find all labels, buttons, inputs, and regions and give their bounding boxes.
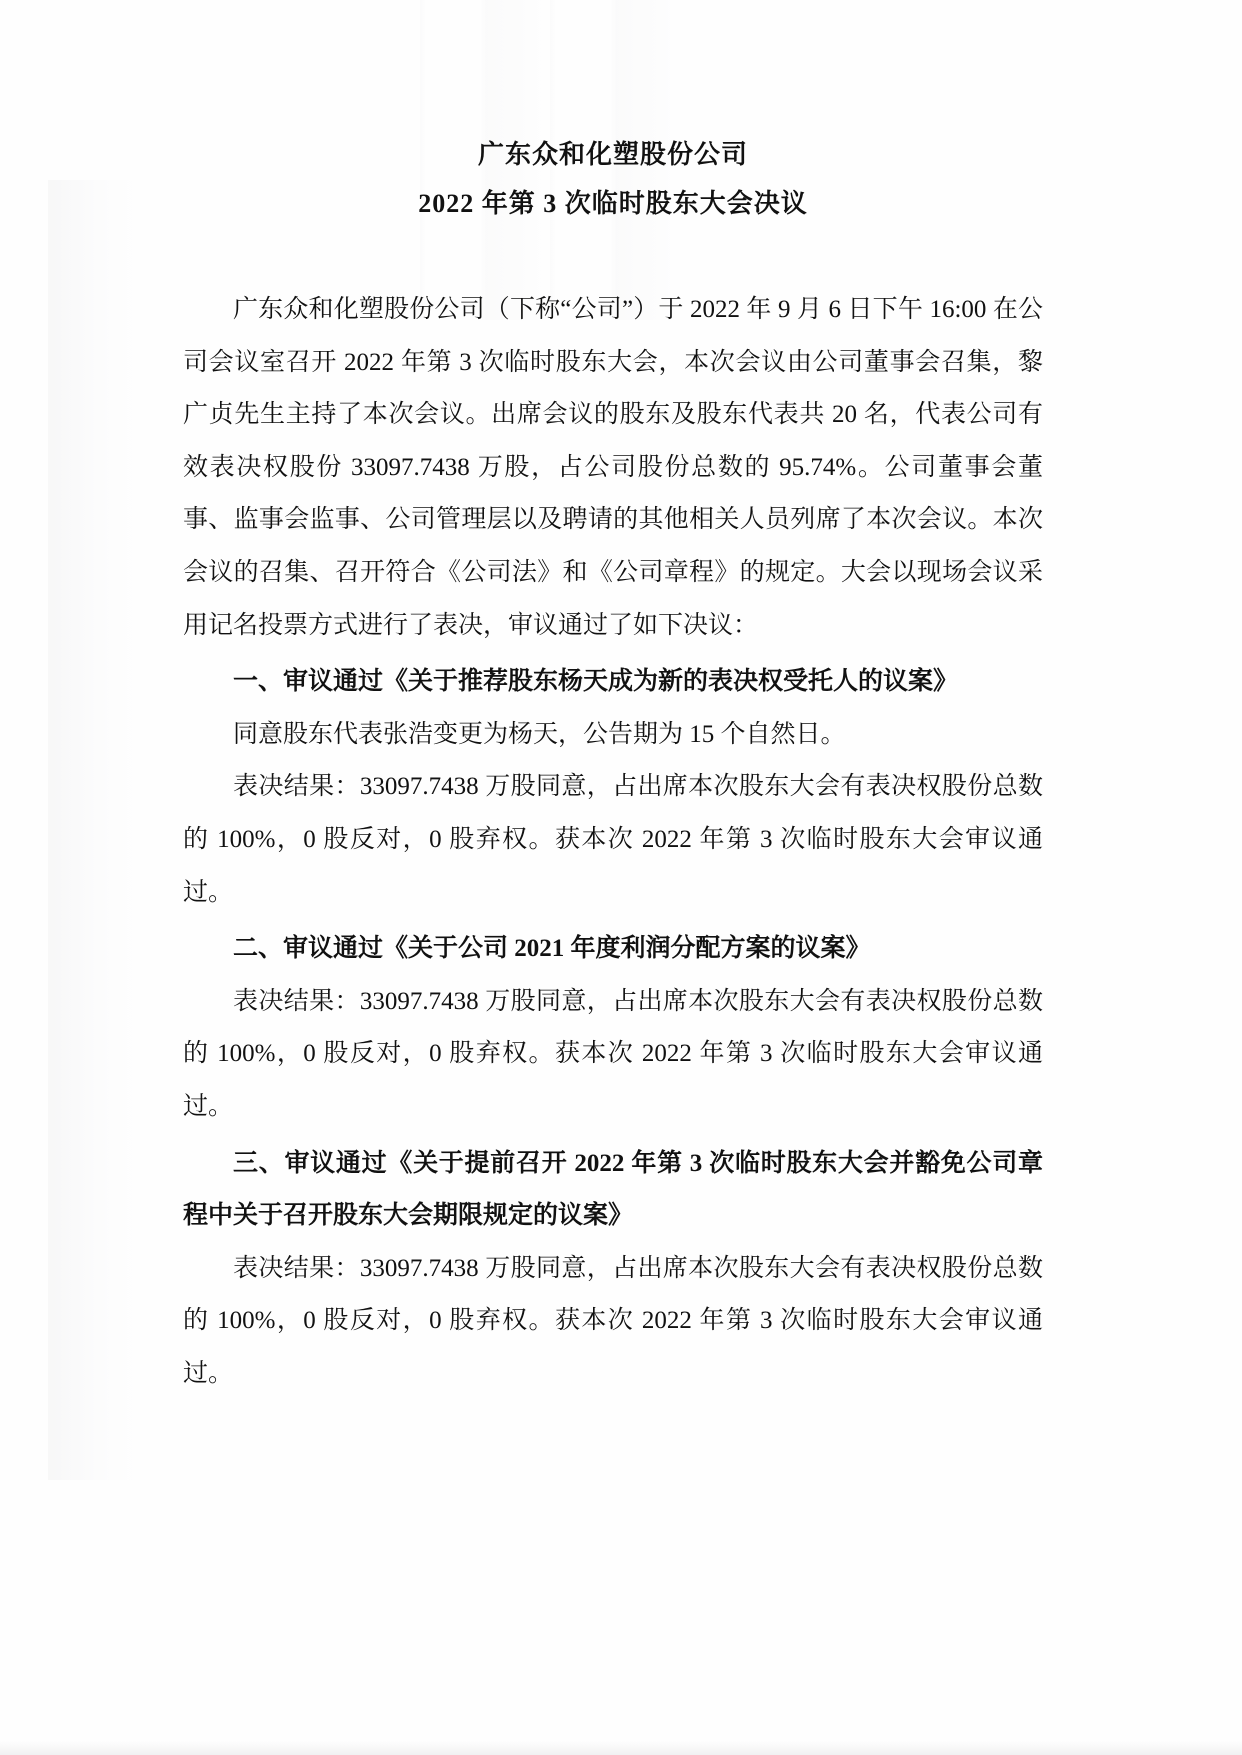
document-title: 广东众和化塑股份公司 — [183, 138, 1043, 171]
resolution-3-vote-result: 表决结果：33097.7438 万股同意，占出席本次股东大会有表决权股份总数的 … — [183, 1243, 1043, 1401]
resolution-1-heading: 一、审议通过《关于推荐股东杨天成为新的表决权受托人的议案》 — [183, 656, 1043, 709]
resolution-3-heading: 三、审议通过《关于提前召开 2022 年第 3 次临时股东大会并豁免公司章程中关… — [183, 1138, 1043, 1243]
document-content: 广东众和化塑股份公司 2022 年第 3 次临时股东大会决议 广东众和化塑股份公… — [183, 0, 1043, 1400]
document-subtitle: 2022 年第 3 次临时股东大会决议 — [183, 187, 1043, 220]
document-page: 广东众和化塑股份公司 2022 年第 3 次临时股东大会决议 广东众和化塑股份公… — [0, 0, 1242, 1755]
resolution-1-vote-result: 表决结果：33097.7438 万股同意，占出席本次股东大会有表决权股份总数的 … — [183, 761, 1043, 919]
resolution-2-vote-result: 表决结果：33097.7438 万股同意，占出席本次股东大会有表决权股份总数的 … — [183, 976, 1043, 1134]
scan-artifact-left — [48, 180, 148, 1480]
scan-artifact-bottom — [0, 1741, 1242, 1755]
resolution-1-approval-note: 同意股东代表张浩变更为杨天，公告期为 15 个自然日。 — [183, 709, 1043, 762]
intro-paragraph: 广东众和化塑股份公司（下称“公司”）于 2022 年 9 月 6 日下午 16:… — [183, 284, 1043, 652]
resolution-2-heading: 二、审议通过《关于公司 2021 年度利润分配方案的议案》 — [183, 923, 1043, 976]
